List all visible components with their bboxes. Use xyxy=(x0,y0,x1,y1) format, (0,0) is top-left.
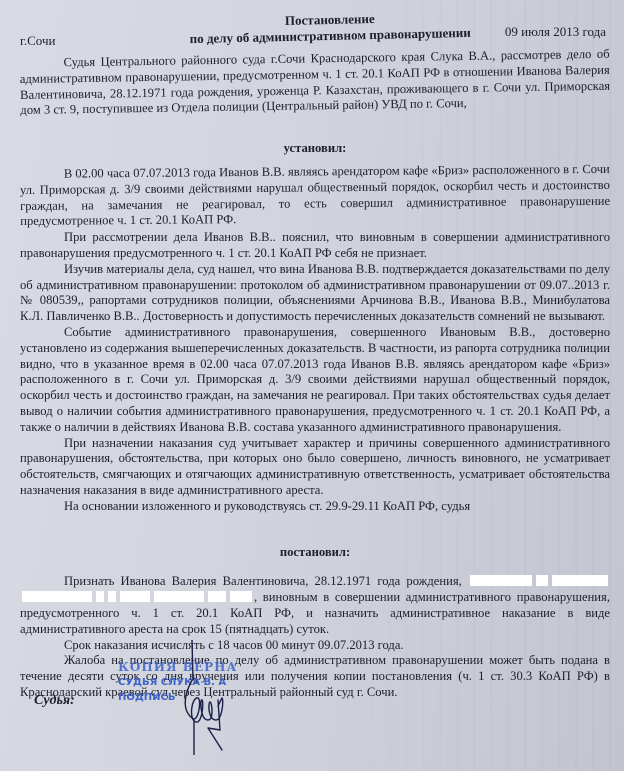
paragraph: При назначении наказания суд учитывает х… xyxy=(20,436,610,499)
ruling-start: Признать Иванова Валерия Валентиновича, … xyxy=(64,574,462,588)
intro-paragraph: Судья Центрального районного суда г.Сочи… xyxy=(20,47,611,119)
ruling-paragraph: Признать Иванова Валерия Валентиновича, … xyxy=(20,574,610,637)
redacted-block xyxy=(120,591,150,602)
redacted-block xyxy=(552,575,608,586)
document-body: Судья Центрального районного суда г.Сочи… xyxy=(20,56,610,701)
redacted-block xyxy=(22,591,92,602)
handwritten-signature-icon xyxy=(178,640,238,755)
header-city: г.Сочи xyxy=(20,33,55,49)
redacted-block xyxy=(470,575,532,586)
paragraph: При рассмотрении дела Иванов В.В.. поясн… xyxy=(20,230,610,262)
redacted-block xyxy=(536,575,548,586)
header-date: 09 июля 2013 года xyxy=(505,24,606,40)
document-title: Постановление по делу об административно… xyxy=(180,9,481,48)
court-ruling-document: г.Сочи Постановление по делу об админист… xyxy=(0,0,624,771)
redacted-block xyxy=(154,591,204,602)
paragraph: На основании изложенного и руководствуяс… xyxy=(20,499,610,515)
judge-signature-label: Судья: xyxy=(34,693,75,709)
paragraph: Событие административного правонарушения… xyxy=(20,325,610,436)
section-heading-established: установил: xyxy=(20,141,610,157)
redacted-block xyxy=(230,591,252,602)
term-paragraph: Срок наказания исчислять с 18 часов 00 м… xyxy=(20,638,610,654)
paragraph: В 02.00 часа 07.07.2013 года Иванов В.В.… xyxy=(20,162,611,230)
redacted-block xyxy=(108,591,116,602)
section-heading-ruled: постановил: xyxy=(20,545,610,561)
appeal-paragraph: Жалоба на постановление по делу об админ… xyxy=(20,653,610,700)
redacted-block xyxy=(96,591,104,602)
paragraph: Изучив материалы дела, суд нашел, что ви… xyxy=(20,262,610,325)
redacted-block xyxy=(208,591,226,602)
